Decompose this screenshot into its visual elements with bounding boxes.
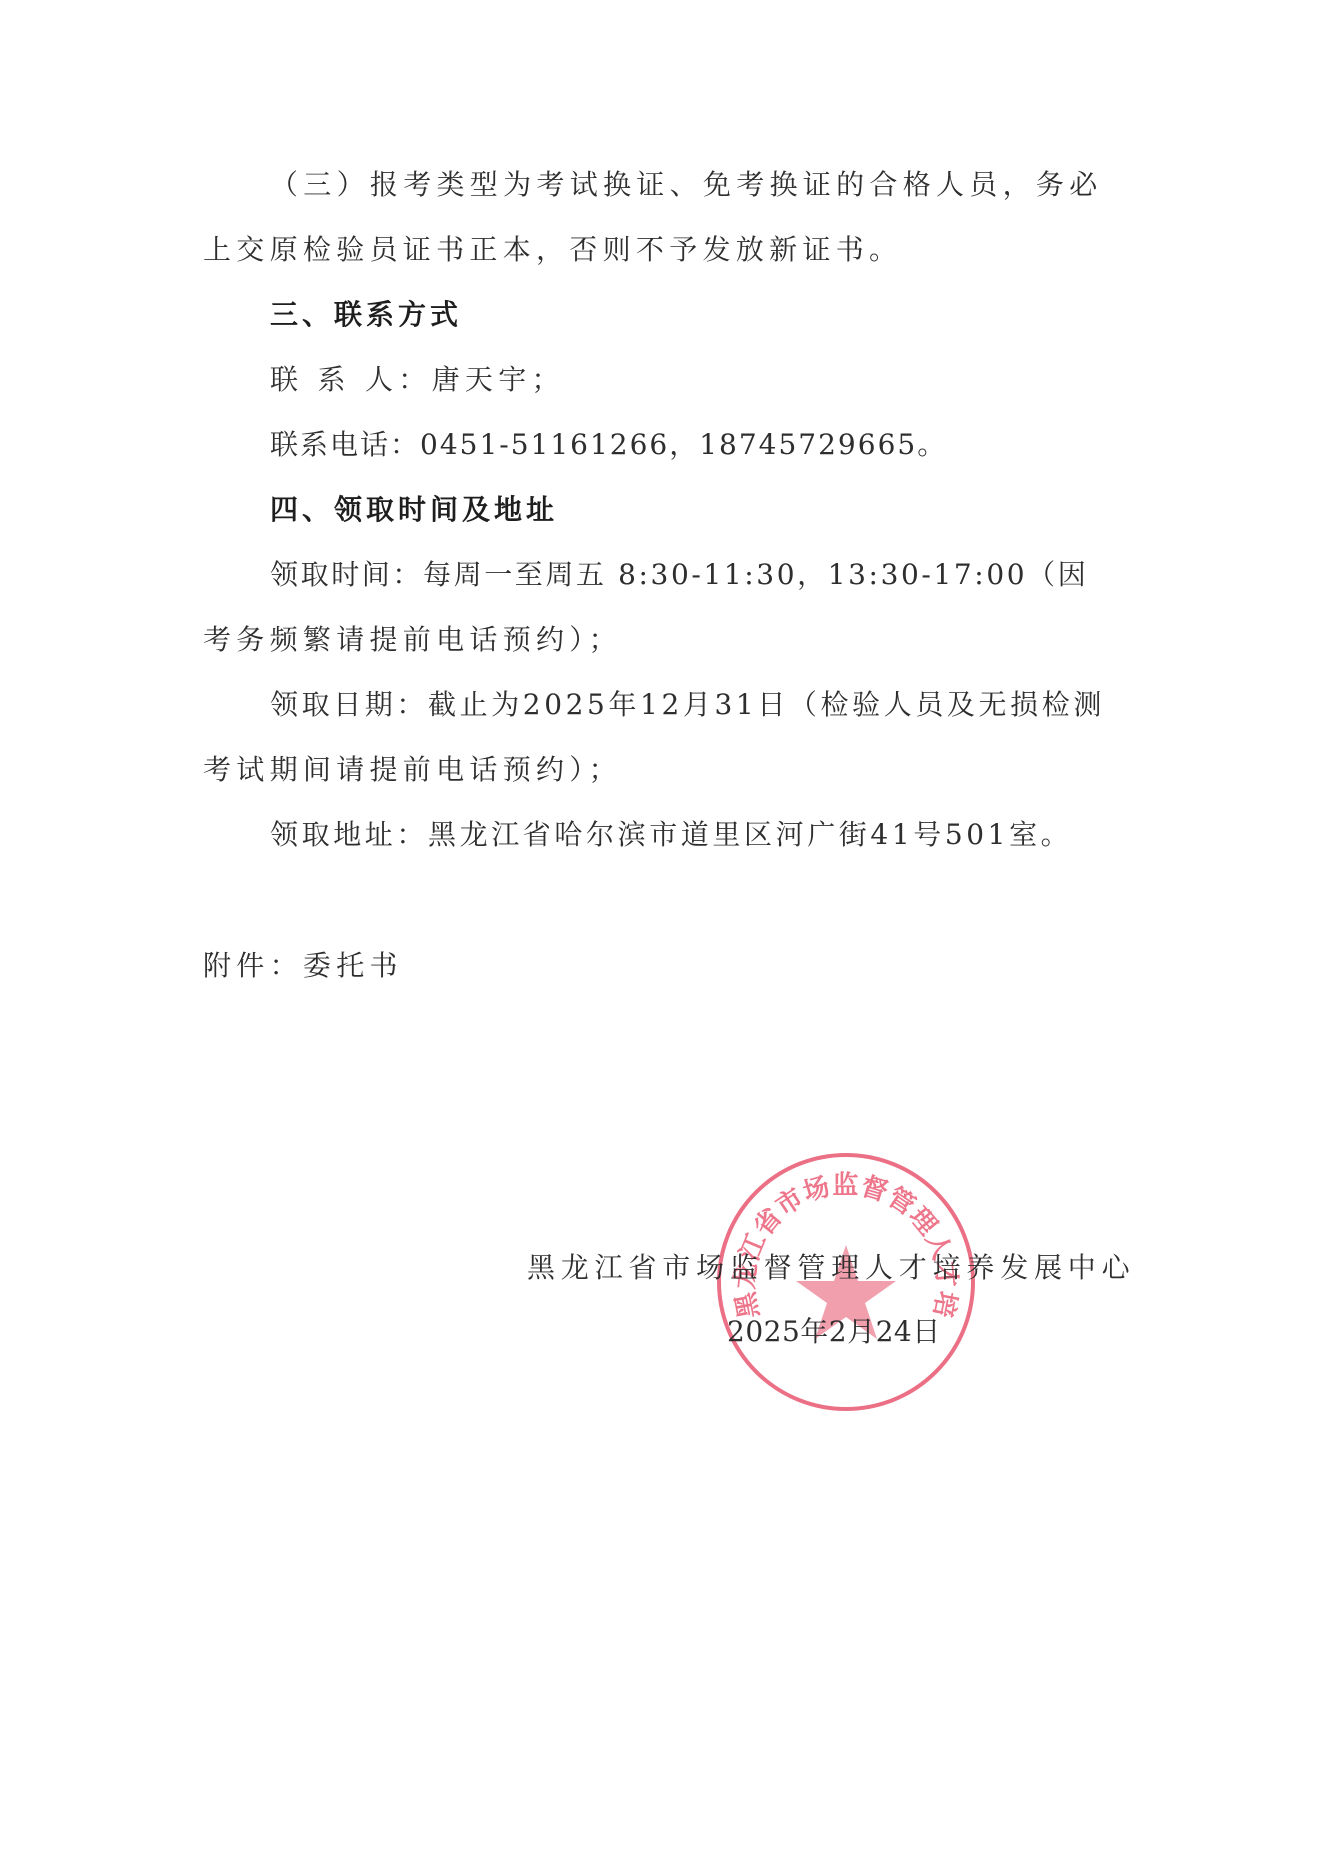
pickup-address: 领取地址：黑龙江省哈尔滨市道里区河广街41号501室。: [270, 817, 1072, 853]
contact-phone: 联系电话：0451-51161266，18745729665。: [270, 427, 947, 463]
paragraph-item3-line2: 上交原检验员证书正本，否则不予发放新证书。: [203, 232, 902, 268]
paragraph-item3-line1: （三）报考类型为考试换证、免考换证的合格人员，务必: [270, 167, 1103, 203]
pickup-time-line2: 考务频繁请提前电话预约）；: [203, 622, 622, 658]
document-page: （三）报考类型为考试换证、免考换证的合格人员，务必 上交原检验员证书正本，否则不…: [0, 0, 1323, 1871]
attachment-note: 附件：委托书: [203, 948, 403, 984]
section-heading-pickup: 四、领取时间及地址: [270, 492, 558, 528]
pickup-time-line1: 领取时间：每周一至周五 8:30-11:30，13:30-17:00（因: [270, 557, 1088, 593]
section-heading-contact: 三、联系方式: [270, 297, 462, 333]
pickup-date-line1: 领取日期：截止为2025年12月31日（检验人员及无损检测: [270, 687, 1105, 723]
signature-date: 2025年2月24日: [727, 1314, 941, 1350]
pickup-date-line2: 考试期间请提前电话预约）；: [203, 752, 622, 788]
signature-organization: 黑龙江省市场监督管理人才培养发展中心: [527, 1250, 1135, 1286]
contact-person: 联 系 人：唐天宇；: [270, 362, 565, 398]
